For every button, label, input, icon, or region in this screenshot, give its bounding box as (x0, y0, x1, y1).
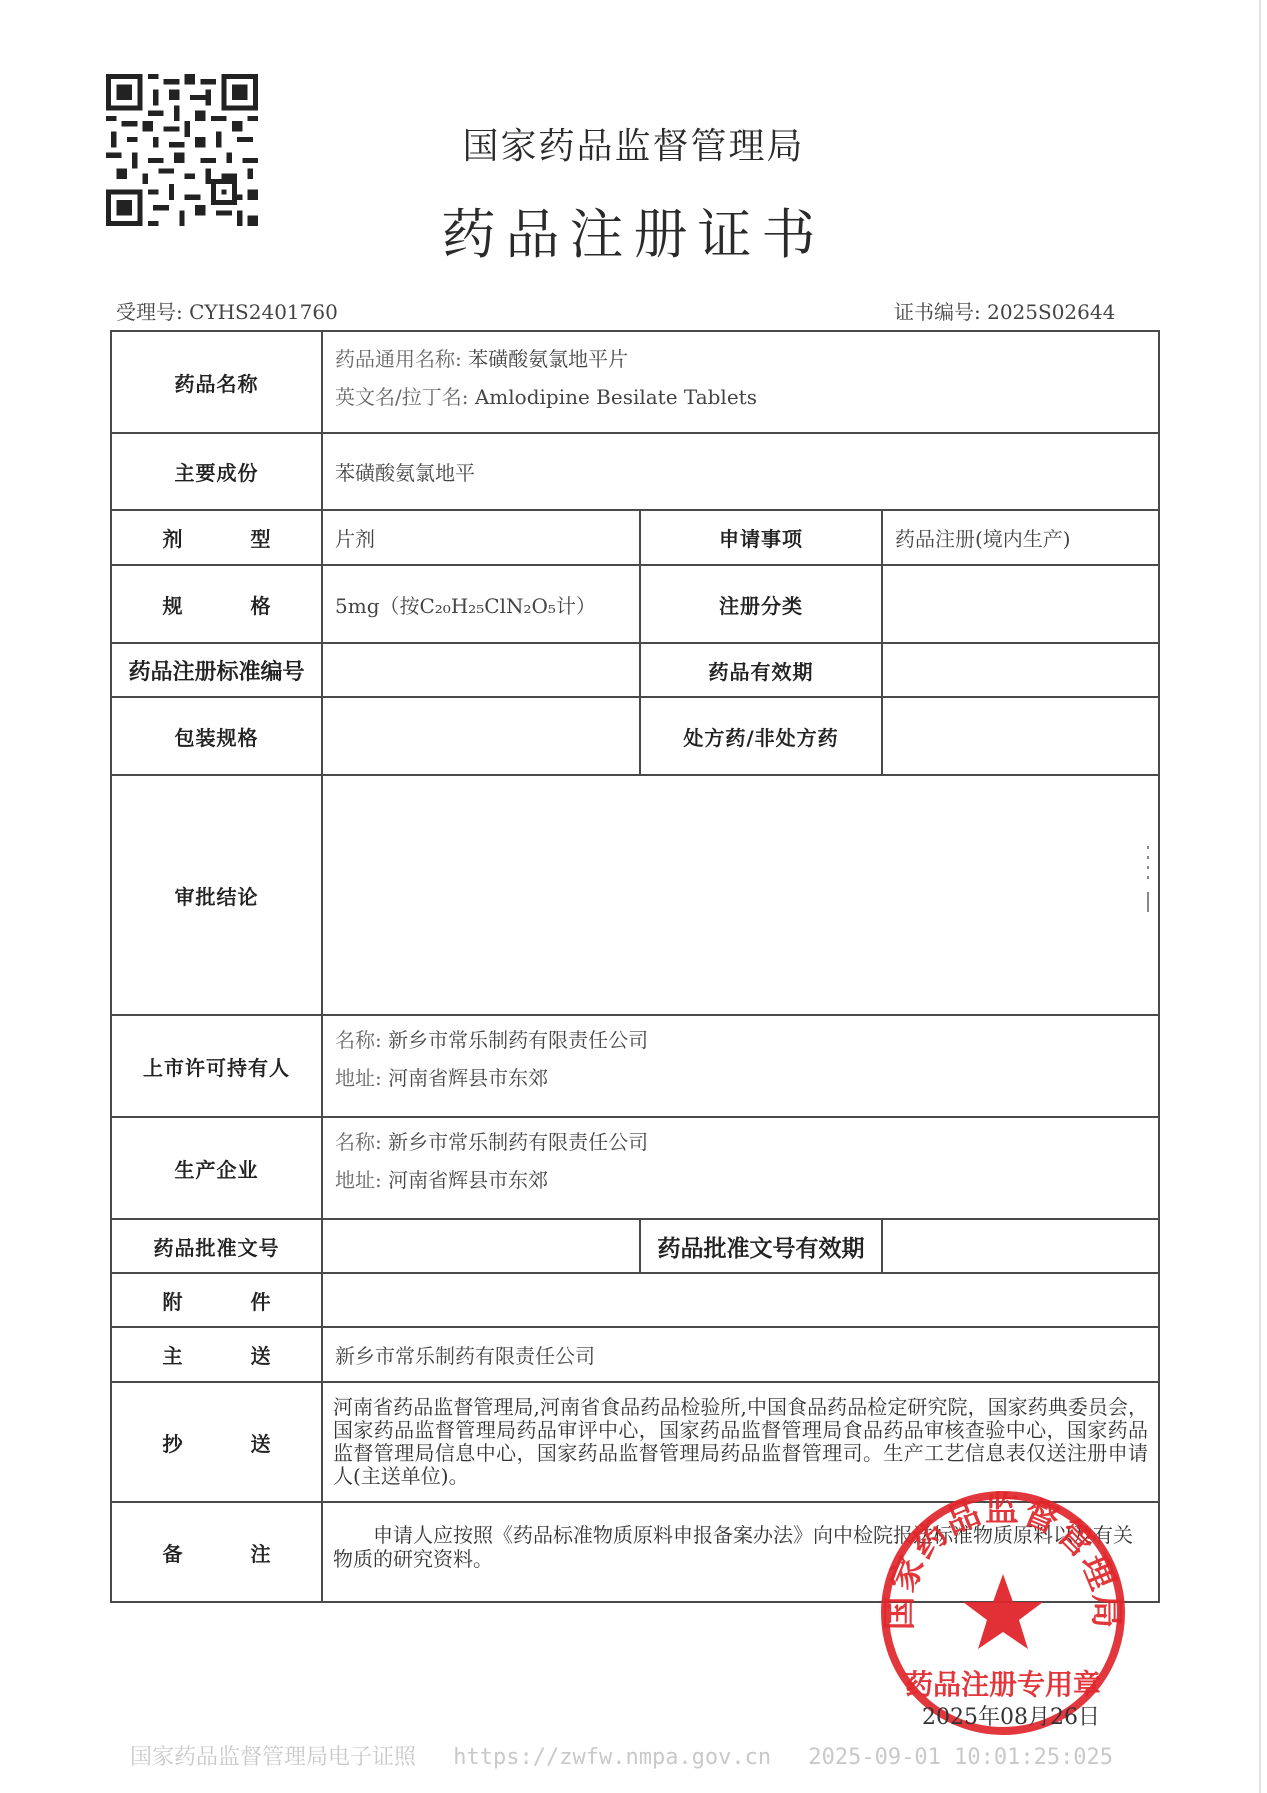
page-title: 药品注册证书 (0, 192, 1267, 269)
dosage-form-label: 剂型 (111, 510, 322, 565)
specification-value: 5mg（按C₂₀H₂₅ClN₂O₅计） (322, 565, 640, 643)
registration-category-label: 注册分类 (640, 565, 882, 643)
manufacturer-address: 河南省辉县市东郊 (388, 1168, 548, 1192)
main-recipient-value: 新乡市常乐制药有限责任公司 (322, 1327, 1159, 1382)
packaging-label: 包装规格 (111, 697, 322, 775)
rx-otc-label: 处方药/非处方药 (640, 697, 882, 775)
generic-name: 苯磺酸氨氯地平片 (468, 347, 628, 371)
mah-label: 上市许可持有人 (111, 1015, 322, 1117)
acceptance-number-label: 受理号: (116, 300, 183, 324)
certificate-table: 药品名称 药品通用名称: 苯磺酸氨氯地平片 英文名/拉丁名: Amlodipin… (110, 330, 1160, 1603)
rx-otc-value (882, 697, 1159, 775)
application-item-label: 申请事项 (640, 510, 882, 565)
table-row: 主要成份 苯磺酸氨氯地平 (111, 433, 1159, 510)
table-row: 生产企业 名称: 新乡市常乐制药有限责任公司 地址: 河南省辉县市东郊 (111, 1117, 1159, 1219)
specification-label: 规格 (111, 565, 322, 643)
footer-issuer: 国家药品监督管理局电子证照 (130, 1745, 416, 1770)
drug-name-label: 药品名称 (111, 331, 322, 433)
table-row: 上市许可持有人 名称: 新乡市常乐制药有限责任公司 地址: 河南省辉县市东郊 (111, 1015, 1159, 1117)
certificate-number: 证书编号: 2025S02644 (894, 296, 1115, 325)
approval-validity-value (882, 1219, 1159, 1273)
table-row: 包装规格 处方药/非处方药 (111, 697, 1159, 775)
main-recipient-label: 主送 (111, 1327, 322, 1382)
scan-marks-icon (1146, 846, 1150, 916)
acceptance-number: 受理号: CYHS2401760 (116, 296, 338, 325)
acceptance-number-value: CYHS2401760 (189, 300, 338, 324)
table-row: 药品名称 药品通用名称: 苯磺酸氨氯地平片 英文名/拉丁名: Amlodipin… (111, 331, 1159, 433)
standard-number-value (322, 643, 640, 697)
attachment-value (322, 1273, 1159, 1327)
conclusion-label: 审批结论 (111, 775, 322, 1015)
main-ingredient-label: 主要成份 (111, 433, 322, 510)
mah-name-label: 名称: (335, 1028, 382, 1052)
certificate-number-label: 证书编号: (894, 300, 981, 324)
mah-name: 新乡市常乐制药有限责任公司 (388, 1028, 648, 1052)
footer-timestamp: 2025-09-01 10:01:25:025 (808, 1745, 1113, 1770)
table-row: 药品注册标准编号 药品有效期 (111, 643, 1159, 697)
table-row: 剂型 片剂 申请事项 药品注册(境内生产) (111, 510, 1159, 565)
manufacturer-name-label: 名称: (335, 1130, 382, 1154)
dosage-form-value: 片剂 (322, 510, 640, 565)
table-row: 主送 新乡市常乐制药有限责任公司 (111, 1327, 1159, 1382)
table-row: 审批结论 (111, 775, 1159, 1015)
footer: 国家药品监督管理局电子证照 https://zwfw.nmpa.gov.cn 2… (130, 1740, 1137, 1771)
drug-name-value: 药品通用名称: 苯磺酸氨氯地平片 英文名/拉丁名: Amlodipine Bes… (322, 331, 1159, 433)
approval-validity-label: 药品批准文号有效期 (640, 1219, 882, 1273)
generic-name-label: 药品通用名称: (335, 347, 462, 371)
mah-address: 河南省辉县市东郊 (388, 1066, 548, 1090)
application-item-value: 药品注册(境内生产) (882, 510, 1159, 565)
stamp-date: 2025年08月26日 (922, 1700, 1100, 1731)
approval-number-label: 药品批准文号 (111, 1219, 322, 1273)
registration-category-value (882, 565, 1159, 643)
validity-value (882, 643, 1159, 697)
table-row: 附件 (111, 1273, 1159, 1327)
table-row: 药品批准文号 药品批准文号有效期 (111, 1219, 1159, 1273)
approval-number-value (322, 1219, 640, 1273)
manufacturer-value: 名称: 新乡市常乐制药有限责任公司 地址: 河南省辉县市东郊 (322, 1117, 1159, 1219)
svg-text:药品注册专用章: 药品注册专用章 (905, 1668, 1101, 1701)
mah-address-label: 地址: (335, 1066, 382, 1090)
conclusion-value (322, 775, 1159, 1015)
certificate-page: 国家药品监督管理局 药品注册证书 受理号: CYHS2401760 证书编号: … (0, 0, 1267, 1793)
cc-label: 抄送 (111, 1382, 322, 1502)
remarks-label: 备注 (111, 1502, 322, 1602)
mah-value: 名称: 新乡市常乐制药有限责任公司 地址: 河南省辉县市东郊 (322, 1015, 1159, 1117)
english-name-label: 英文名/拉丁名: (335, 385, 468, 409)
manufacturer-name: 新乡市常乐制药有限责任公司 (388, 1130, 648, 1154)
cc-value: 河南省药品监督管理局,河南省食品药品检验所,中国食品药品检定研究院，国家药典委员… (322, 1382, 1159, 1502)
main-ingredient-value: 苯磺酸氨氯地平 (322, 433, 1159, 510)
table-row: 规格 5mg（按C₂₀H₂₅ClN₂O₅计） 注册分类 (111, 565, 1159, 643)
manufacturer-label: 生产企业 (111, 1117, 322, 1219)
english-name: Amlodipine Besilate Tablets (475, 385, 757, 409)
validity-label: 药品有效期 (640, 643, 882, 697)
packaging-value (322, 697, 640, 775)
footer-url[interactable]: https://zwfw.nmpa.gov.cn (453, 1745, 771, 1770)
issuing-authority: 国家药品监督管理局 (0, 118, 1267, 169)
table-row: 抄送 河南省药品监督管理局,河南省食品药品检验所,中国食品药品检定研究院，国家药… (111, 1382, 1159, 1502)
standard-number-label: 药品注册标准编号 (111, 643, 322, 697)
attachment-label: 附件 (111, 1273, 322, 1327)
certificate-number-value: 2025S02644 (987, 300, 1115, 324)
manufacturer-address-label: 地址: (335, 1168, 382, 1192)
